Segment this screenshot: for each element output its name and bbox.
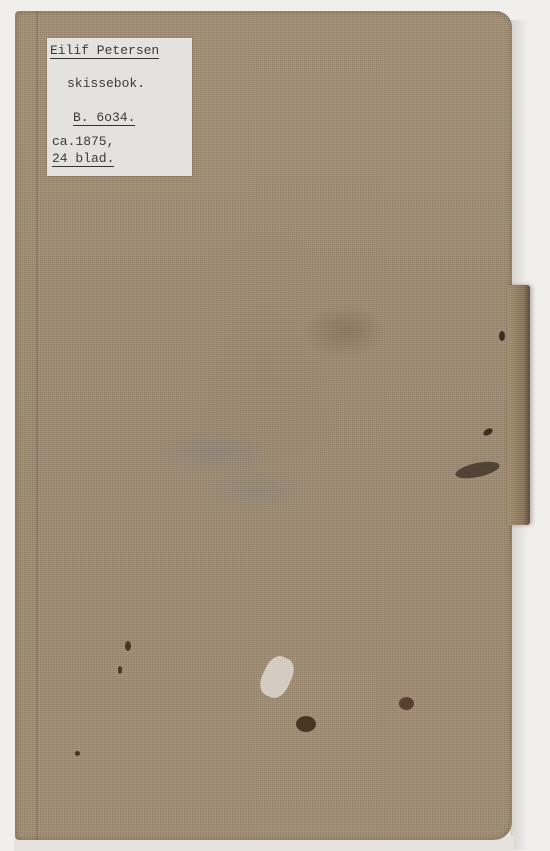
label-type: skissebok. xyxy=(67,77,145,90)
ink-stain xyxy=(482,427,494,437)
spine-crease xyxy=(36,11,38,840)
ink-smear xyxy=(454,458,501,481)
ink-stain xyxy=(296,716,316,732)
pale-stain xyxy=(255,652,298,702)
ink-stain xyxy=(75,751,80,756)
label-date: ca.1875, xyxy=(52,135,114,148)
ink-stain xyxy=(118,666,122,674)
closure-tab xyxy=(508,285,530,525)
catalog-label: Eilif Petersen skissebok. B. 6o34. ca.18… xyxy=(47,38,192,176)
photo-scene: Eilif Petersen skissebok. B. 6o34. ca.18… xyxy=(0,0,550,851)
ink-stain xyxy=(399,697,414,710)
label-leaves: 24 blad. xyxy=(52,152,114,167)
label-catalog-number: B. 6o34. xyxy=(73,111,135,126)
label-artist: Eilif Petersen xyxy=(50,44,159,59)
ink-stain xyxy=(499,331,505,341)
ink-stain xyxy=(125,641,131,651)
